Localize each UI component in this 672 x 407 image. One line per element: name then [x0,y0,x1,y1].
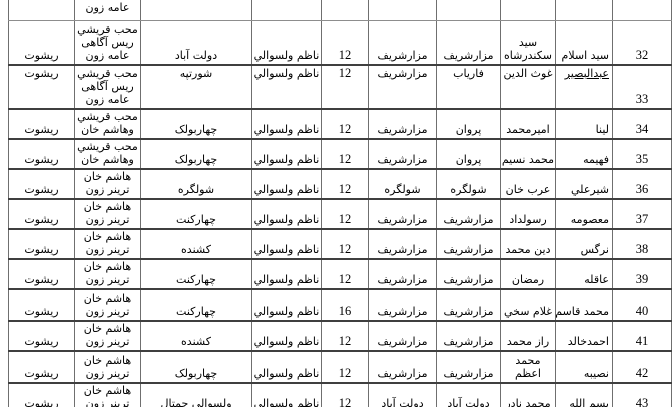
cell-father: رسولداد [501,199,556,229]
cell-place: مزارشريف [369,65,437,109]
cell-district: چهارکنت [141,199,252,229]
cell-num: 37 [613,199,672,229]
cell-position: ناظم ولسوالي [252,259,322,289]
cell-accusation: ريشوت [9,139,75,169]
cell-province: مزارشريف [437,199,501,229]
cell-accusation: ريشوت [9,383,75,407]
cell-introducer: عامه زون [75,0,141,20]
cell-introducer: محب قريشي ريس آگاهی عامه زون [75,20,141,65]
cell-introducer: محب قريشي ريس آگاهی عامه زون [75,65,141,109]
cell-introducer: هاشم خان ترينر زون [75,259,141,289]
cell-district [141,0,252,20]
table-row: 42نصيبهمحمد اعظممزارشريفمزارشريف12ناظم و… [9,351,672,383]
cell-province [437,0,501,20]
cell-introducer: هاشم خان ترينر زون [75,289,141,321]
cell-accusation: ريشوت [9,169,75,199]
table-row: 43بسم اللهمحمد نادردولت آباددولت آباد12ن… [9,383,672,407]
cell-father: محمد نادر [501,383,556,407]
cell-grade: 12 [322,139,369,169]
cell-grade: 12 [322,351,369,383]
cell-num: 32 [613,20,672,65]
table-row: 33عبدالبصيرغوث الدينفاريابمزارشريف12ناظم… [9,65,672,109]
cell-place: مزارشريف [369,199,437,229]
table-row: 40محمد قاسمغلام سخيمزارشريفمزارشريف16ناظ… [9,289,672,321]
cell-num: 39 [613,259,672,289]
cell-place: دولت آباد [369,383,437,407]
cell-province: فارياب [437,65,501,109]
cell-accusation: ريشوت [9,20,75,65]
cell-province: پروان [437,139,501,169]
cell-name: فهيمه [556,139,613,169]
cell-introducer: هاشم خان ترينر زون [75,321,141,351]
cell-place: شولگره [369,169,437,199]
table-row: 37معصومهرسولدادمزارشريفمزارشريف12ناظم ول… [9,199,672,229]
cell-father [501,0,556,20]
cell-province: مزارشريف [437,229,501,259]
cell-grade: 12 [322,259,369,289]
cell-num: 40 [613,289,672,321]
cell-province: پروان [437,109,501,139]
cell-position: ناظم ولسوالي [252,65,322,109]
cell-num: 36 [613,169,672,199]
cell-father: غوث الدين [501,65,556,109]
cell-district: چهارکنت [141,289,252,321]
cell-position: ناظم ولسوالي [252,229,322,259]
cell-father: سيد سكندرشاه [501,20,556,65]
cell-name: نصيبه [556,351,613,383]
cell-province: مزارشريف [437,321,501,351]
cell-introducer: هاشم خان ترينر زون [75,351,141,383]
cell-district: شولگره [141,169,252,199]
cell-province: مزارشريف [437,289,501,321]
cell-father: غلام سخي [501,289,556,321]
cell-num: 35 [613,139,672,169]
cell-place [369,0,437,20]
cell-province: مزارشريف [437,351,501,383]
cell-grade: 12 [322,199,369,229]
cell-introducer: هاشم خان ترينر زون [75,169,141,199]
cell-accusation [9,0,75,20]
cell-accusation: ريشوت [9,199,75,229]
cell-father: عرب خان [501,169,556,199]
cell-place: مزارشريف [369,321,437,351]
cell-grade: 12 [322,169,369,199]
table-row: 39عاقلهرمضانمزارشريفمزارشريف12ناظم ولسوا… [9,259,672,289]
cell-name: احمدخالد [556,321,613,351]
cell-district: ولسوالي چمتال [141,383,252,407]
cell-father: اميرمحمد [501,109,556,139]
cell-district: چهاربولک [141,351,252,383]
cell-position: ناظم ولسوالي [252,20,322,65]
cell-place: مزارشريف [369,289,437,321]
cell-num: 38 [613,229,672,259]
document-page: { "colors": { "background": "#ffffff", "… [0,0,672,407]
cell-grade: 12 [322,65,369,109]
cell-province: مزارشريف [437,259,501,289]
cell-father: رمضان [501,259,556,289]
cell-province: مزارشريف [437,20,501,65]
cell-accusation: ريشوت [9,229,75,259]
cell-place: مزارشريف [369,139,437,169]
cell-position: ناظم ولسوالي [252,321,322,351]
table-row: 36شيرعليعرب خانشولگرهشولگره12ناظم ولسوال… [9,169,672,199]
cell-introducer: محب قريشي وهاشم خان [75,109,141,139]
cell-name: عبدالبصير [556,65,613,109]
cell-name: لينا [556,109,613,139]
cell-grade: 12 [322,229,369,259]
cell-name: سيد اسلام [556,20,613,65]
cell-accusation: ريشوت [9,321,75,351]
cell-num: 43 [613,383,672,407]
cell-accusation: ريشوت [9,259,75,289]
cell-num: 41 [613,321,672,351]
table-row: 35فهيمهمحمد نسيمپروانمزارشريف12ناظم ولسو… [9,139,672,169]
cell-district: چهارکنت [141,259,252,289]
cell-introducer: هاشم خان ترينر زون [75,199,141,229]
cell-place: مزارشريف [369,259,437,289]
cell-place: مزارشريف [369,20,437,65]
cell-position: ناظم ولسوالي [252,289,322,321]
cell-name: شيرعلي [556,169,613,199]
cell-position: ناظم ولسوالي [252,351,322,383]
cell-position: ناظم ولسوالي [252,383,322,407]
table-row: 38نرگسدين محمدمزارشريفمزارشريف12ناظم ولس… [9,229,672,259]
cell-grade [322,0,369,20]
cell-accusation: ريشوت [9,65,75,109]
cell-grade: 12 [322,109,369,139]
cell-grade: 12 [322,20,369,65]
cell-grade: 12 [322,321,369,351]
cell-accusation: ريشوت [9,289,75,321]
cell-place: مزارشريف [369,229,437,259]
cell-num [613,0,672,20]
cell-district: کشنده [141,229,252,259]
cell-name: عاقله [556,259,613,289]
cell-num: 42 [613,351,672,383]
cell-district: دولت آباد [141,20,252,65]
cell-introducer: محب قريشي وهاشم خان [75,139,141,169]
cell-accusation: ريشوت [9,351,75,383]
cell-father: محمد اعظم [501,351,556,383]
cell-num: 33 [613,65,672,109]
cell-accusation: ريشوت [9,109,75,139]
cell-father: دين محمد [501,229,556,259]
cell-name: بسم الله [556,383,613,407]
cell-father: محمد نسيم [501,139,556,169]
cell-position: ناظم ولسوالي [252,199,322,229]
cell-position: ناظم ولسوالي [252,109,322,139]
table-row: 34لينااميرمحمدپروانمزارشريف12ناظم ولسوال… [9,109,672,139]
cell-district: چهاربولک [141,109,252,139]
cell-num: 34 [613,109,672,139]
cell-name: معصومه [556,199,613,229]
cell-grade: 16 [322,289,369,321]
cell-position: ناظم ولسوالي [252,139,322,169]
cell-grade: 12 [322,383,369,407]
cell-introducer: هاشم خان ترينر زون [75,383,141,407]
cell-introducer: هاشم خان ترينر زون [75,229,141,259]
cell-district: کشنده [141,321,252,351]
table-row-partial: عامه زون [9,0,672,20]
table-row: 32سيد اسلامسيد سكندرشاهمزارشريفمزارشريف1… [9,20,672,65]
cell-province: دولت آباد [437,383,501,407]
cell-place: مزارشريف [369,351,437,383]
cell-father: راز محمد [501,321,556,351]
cell-province: شولگره [437,169,501,199]
cell-name: نرگس [556,229,613,259]
records-table: عامه زون32سيد اسلامسيد سكندرشاهمزارشريفم… [8,0,672,407]
cell-district: شورتپه [141,65,252,109]
cell-position: ناظم ولسوالي [252,169,322,199]
cell-position [252,0,322,20]
table-row: 41احمدخالدراز محمدمزارشريفمزارشريف12ناظم… [9,321,672,351]
cell-name: محمد قاسم [556,289,613,321]
cell-name [556,0,613,20]
cell-district: چهاربولک [141,139,252,169]
records-table-body: عامه زون32سيد اسلامسيد سكندرشاهمزارشريفم… [9,0,672,407]
cell-place: مزارشريف [369,109,437,139]
